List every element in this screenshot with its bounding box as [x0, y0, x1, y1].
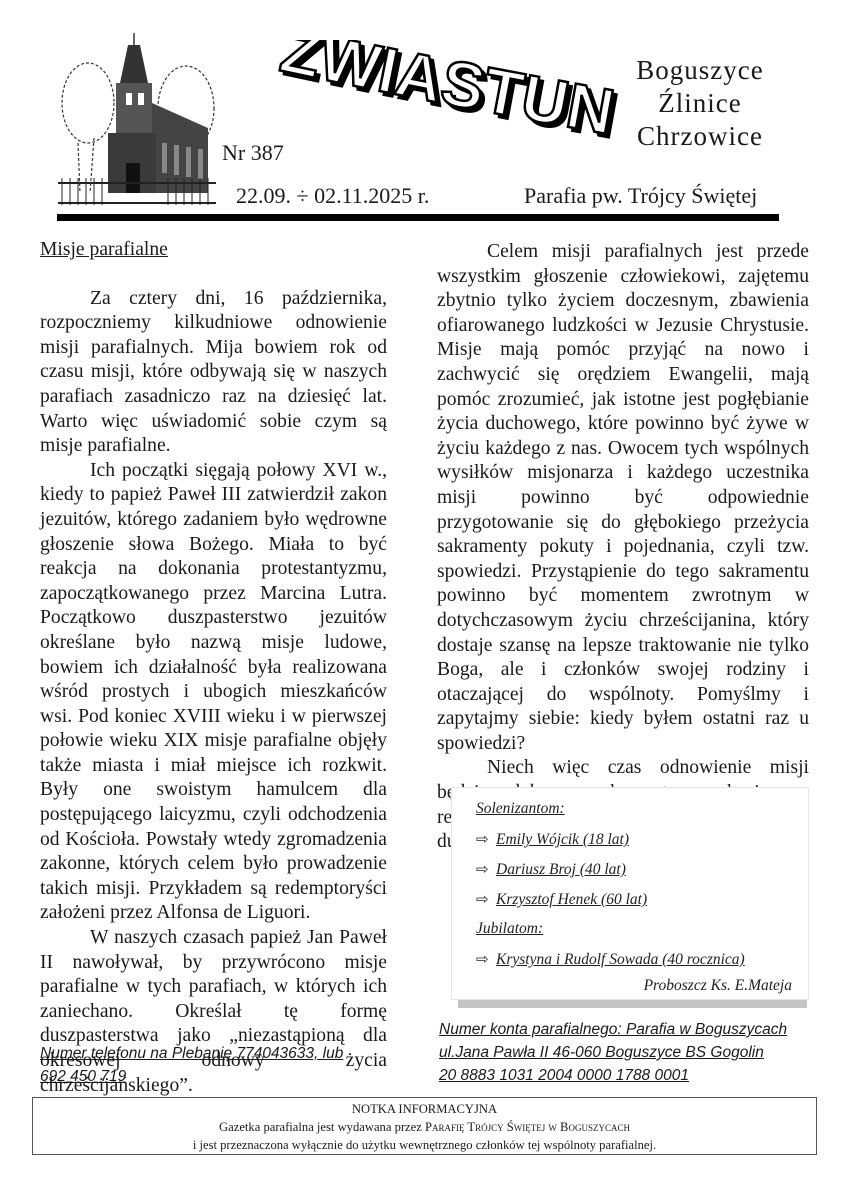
article-paragraph: Za cztery dni, 16 października, rozpoczn…: [40, 287, 387, 459]
parish-name: Parafia pw. Trójcy Świętej: [524, 183, 757, 209]
article-left-column: Misje parafialne Za cztery dni, 16 paźdz…: [40, 238, 387, 1098]
article-paragraph: Celem misji parafialnych jest przede wsz…: [437, 240, 809, 756]
town-name: Chrzowice: [600, 120, 800, 153]
article-right-column: Celem misji parafialnych jest przede wsz…: [437, 240, 809, 879]
parish-phone-info: Numer telefonu na Plebanię 774043633, lu…: [40, 1042, 400, 1088]
arrow-right-icon: ⇨: [476, 946, 490, 974]
bank-account-info: Numer konta parafialnego: Parafia w Bogu…: [439, 1018, 819, 1087]
celebrants-box: Solenizantom: ⇨Emily Wójcik (18 lat) ⇨Da…: [451, 787, 809, 1000]
name-day-label: Solenizantom:: [476, 796, 798, 826]
notice-title: NOTKA INFORMACYJNA: [33, 1100, 816, 1118]
phone-number: 692 450 719: [40, 1065, 400, 1088]
church-illustration: [58, 33, 216, 208]
pastor-signature: Proboszcz Ks. E.Mateja: [476, 976, 798, 996]
name-day-item: ⇨Krzysztof Henek (60 lat): [476, 886, 798, 916]
article-paragraph: Ich początki sięgają połowy XVI w., kied…: [40, 459, 387, 926]
town-name: Źlinice: [600, 87, 800, 120]
name-day-item: ⇨Emily Wójcik (18 lat): [476, 826, 798, 856]
arrow-right-icon: ⇨: [476, 886, 490, 914]
jubilee-label: Jubilatom:: [476, 916, 798, 946]
town-name: Boguszyce: [600, 54, 800, 87]
name-day-item: ⇨Dariusz Broj (40 lat): [476, 856, 798, 886]
bank-account-number: 20 8883 1031 2004 0000 1788 0001: [439, 1064, 819, 1087]
jubilee-item: ⇨Krystyna i Rudolf Sowada (40 rocznica): [476, 946, 798, 976]
notice-line: i jest przeznaczona wyłącznie do użytku …: [33, 1136, 816, 1154]
header-divider: [57, 214, 779, 221]
info-notice-box: NOTKA INFORMACYJNA Gazetka parafialna je…: [32, 1097, 817, 1155]
notice-line: Gazetka parafialna jest wydawana przez P…: [33, 1118, 816, 1136]
newsletter-logo: ZWIASTUN ZWIASTUN: [268, 40, 618, 160]
arrow-right-icon: ⇨: [476, 826, 490, 854]
arrow-right-icon: ⇨: [476, 856, 490, 884]
issue-number: Nr 387: [222, 140, 284, 166]
article-title: Misje parafialne: [40, 238, 387, 263]
parish-towns: Boguszyce Źlinice Chrzowice: [600, 54, 800, 153]
issue-date-range: 22.09. ÷ 02.11.2025 r.: [236, 183, 429, 209]
svg-text:ZWIASTUN: ZWIASTUN: [275, 40, 618, 148]
